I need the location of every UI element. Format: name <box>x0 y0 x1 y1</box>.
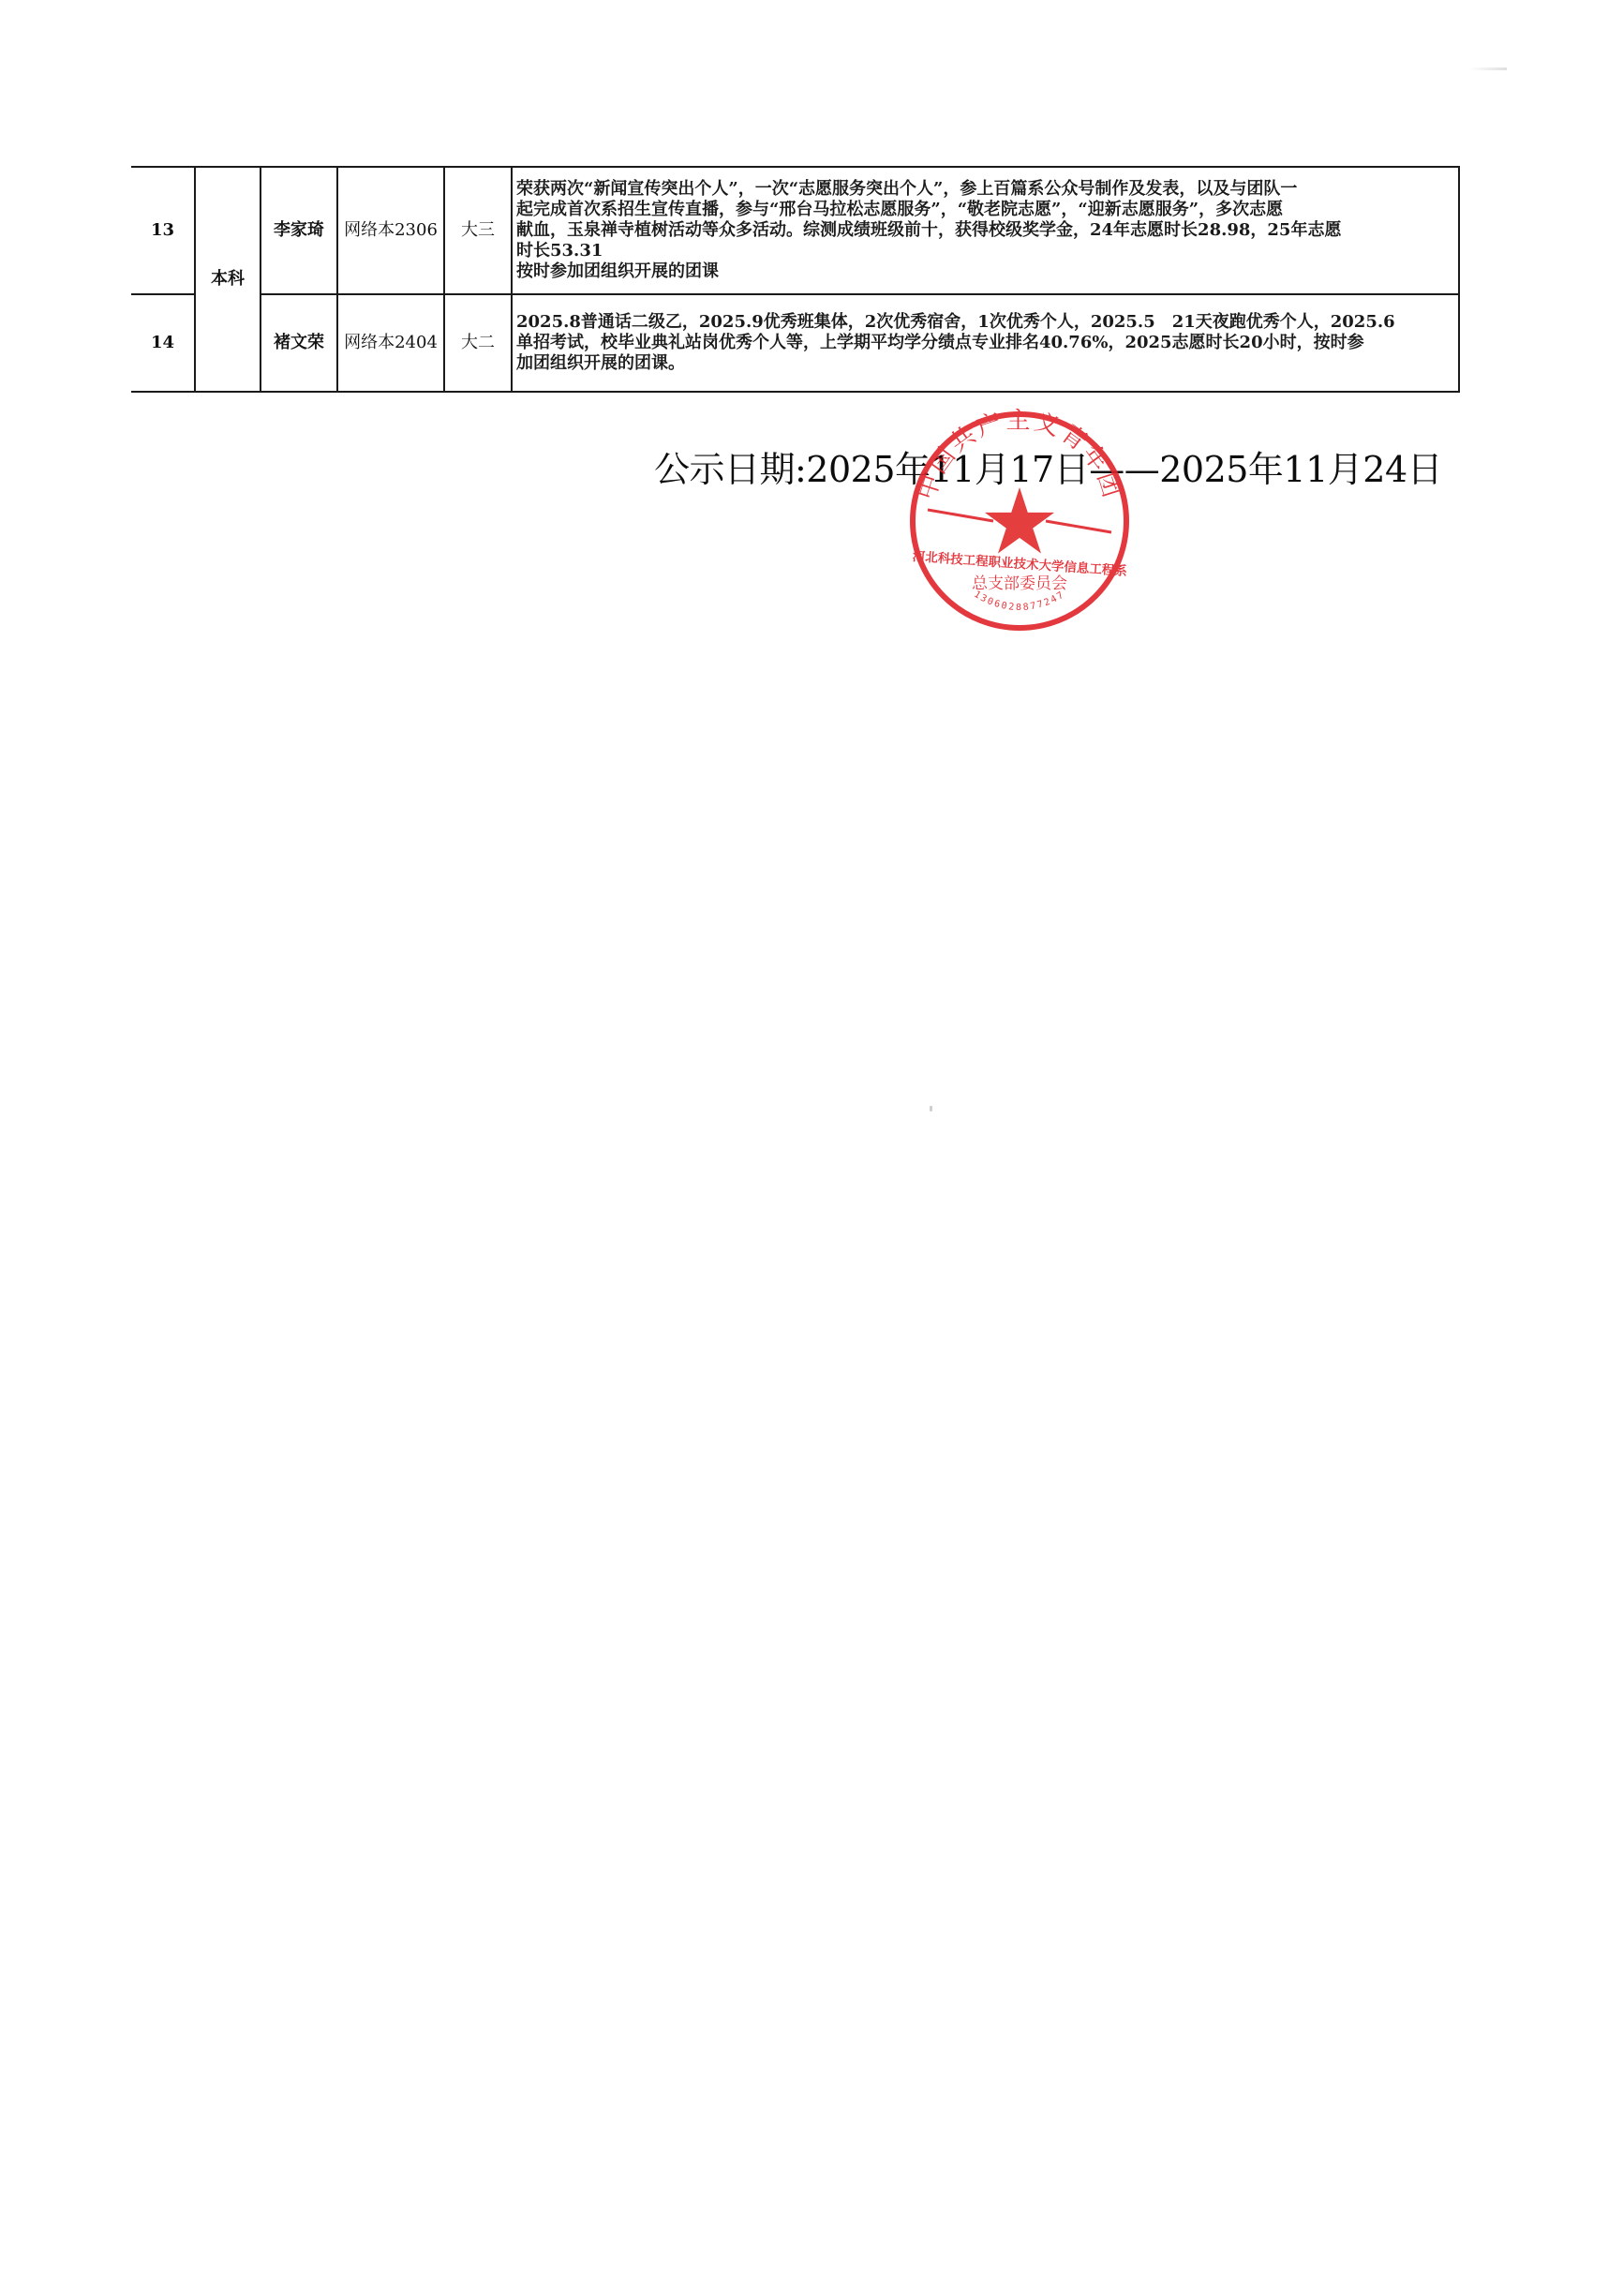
row-number: 14 <box>131 294 195 392</box>
grade-year: 大二 <box>444 294 512 392</box>
description-line: 时长53.31 <box>516 241 1454 261</box>
scan-artifact <box>930 1106 932 1111</box>
description-line: 起完成首次系招生宣传直播，参与“邢台马拉松志愿服务”，“敬老院志愿”，“迎新志愿… <box>516 200 1454 220</box>
description-line: 按时参加团组织开展的团课 <box>516 261 1454 282</box>
table-row: 14 褚文荣 网络本2404 大二 2025.8普通话二级乙，2025.9优秀班… <box>131 294 1459 392</box>
education-level: 本科 <box>195 167 261 392</box>
achievement-description: 2025.8普通话二级乙，2025.9优秀班集体，2次优秀宿舍，1次优秀个人，2… <box>512 294 1459 392</box>
grade-year: 大三 <box>444 167 512 294</box>
table-row: 13 本科 李家琦 网络本2306 大三 荣获两次“新闻宣传突出个人”，一次“志… <box>131 167 1459 294</box>
seal-left-line <box>928 510 993 521</box>
description-line: 献血，玉泉禅寺植树活动等众多活动。综测成绩班级前十，获得校级奖学金，24年志愿时… <box>516 220 1454 241</box>
seal-org-text: 河北科技工程职业技术大学信息工程系 <box>912 548 1128 579</box>
row-number: 13 <box>131 167 195 294</box>
seal-committee-text: 总支部委员会 <box>972 574 1067 593</box>
description-line: 单招考试，校毕业典礼站岗优秀个人等，上学期平均学分绩点专业排名40.76%，20… <box>516 333 1454 353</box>
class-name: 网络本2306 <box>337 167 444 294</box>
notice-period: 公示日期:2025年11月17日——2025年11月24日 <box>654 440 1442 492</box>
description-line: 加团组织开展的团课。 <box>516 353 1454 374</box>
description-line: 荣获两次“新闻宣传突出个人”，一次“志愿服务突出个人”，参上百篇系公众号制作及发… <box>516 179 1454 200</box>
award-table-container: 13 本科 李家琦 网络本2306 大三 荣获两次“新闻宣传突出个人”，一次“志… <box>131 166 1460 393</box>
student-name: 褚文荣 <box>261 294 337 392</box>
achievement-description: 荣获两次“新闻宣传突出个人”，一次“志愿服务突出个人”，参上百篇系公众号制作及发… <box>512 167 1459 294</box>
award-table: 13 本科 李家琦 网络本2306 大三 荣获两次“新闻宣传突出个人”，一次“志… <box>131 166 1460 393</box>
seal-serial-text: 1306028877247 <box>972 589 1067 613</box>
student-name: 李家琦 <box>261 167 337 294</box>
seal-right-line <box>1046 521 1111 532</box>
class-name: 网络本2404 <box>337 294 444 392</box>
description-line: 2025.8普通话二级乙，2025.9优秀班集体，2次优秀宿舍，1次优秀个人，2… <box>516 312 1454 333</box>
scan-artifact <box>1469 67 1507 70</box>
star-icon <box>985 487 1054 554</box>
